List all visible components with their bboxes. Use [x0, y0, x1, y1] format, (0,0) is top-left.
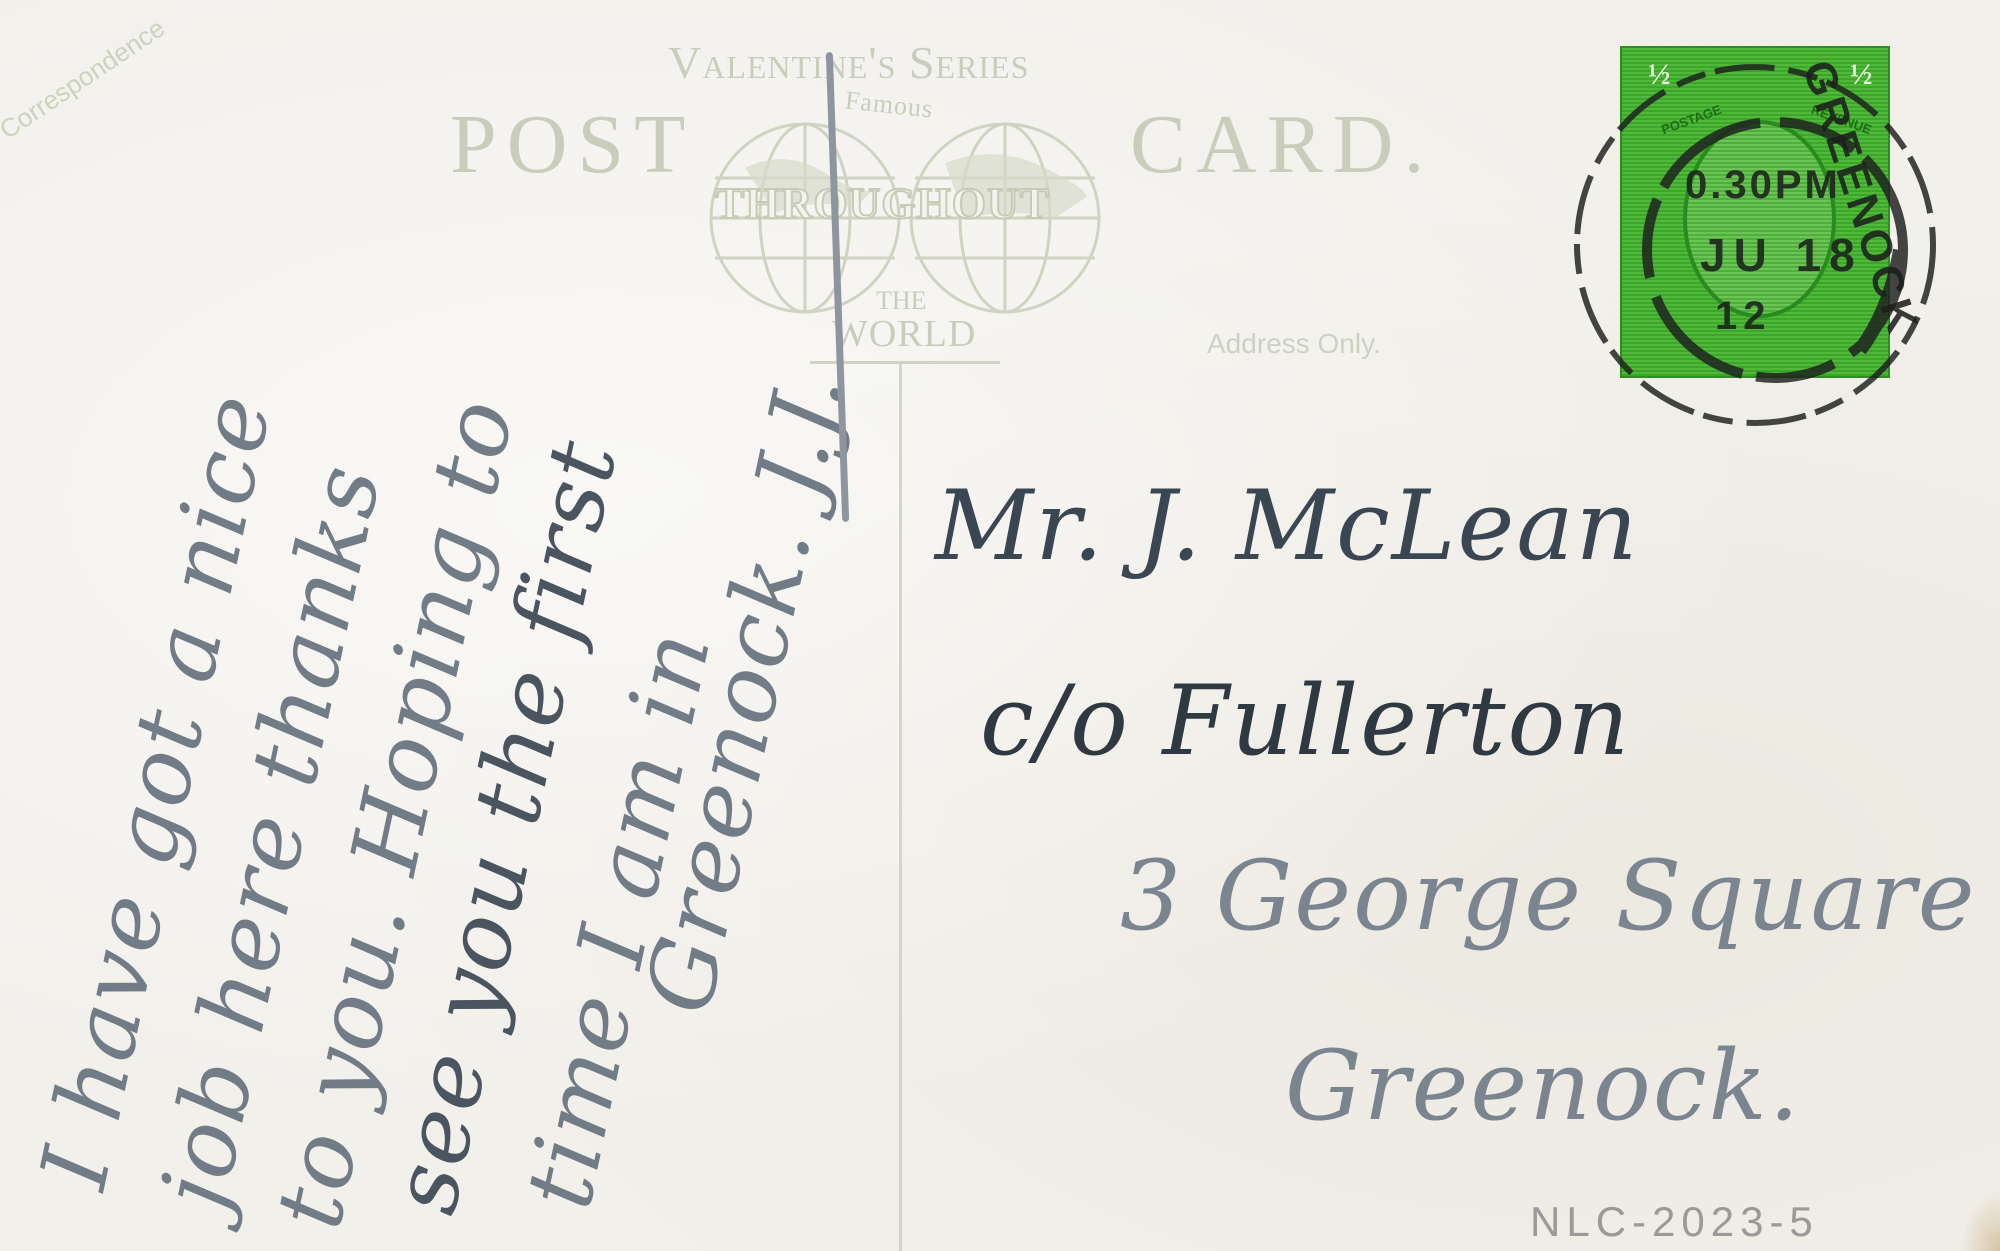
address-line-street: 3 George Square — [1120, 840, 1977, 952]
logo-world: WORLD — [832, 312, 976, 356]
publisher-title: Valentine's Series — [668, 36, 1029, 89]
address-line-care-of: c/o Fullerton — [980, 665, 1631, 777]
card-heading: CARD. — [1130, 96, 1434, 193]
postcard: Valentine's Series POST CARD. Famous THR… — [0, 0, 2000, 1251]
correspondence-label: Correspondence — [0, 13, 171, 146]
center-divider-line — [899, 361, 902, 1251]
postmark-time: 0.30PM — [1685, 163, 1841, 208]
catalog-number: NLC-2023-5 — [1530, 1198, 1819, 1246]
address-line-town: Greenock. — [1285, 1030, 1801, 1142]
paper-stain — [1960, 1191, 2000, 1251]
postmark-year: 12 — [1715, 294, 1772, 339]
logo-throughout: THROUGHOUT — [715, 178, 1050, 229]
postmark-date: JU 18 — [1700, 228, 1863, 282]
address-only-label: Address Only. — [1207, 328, 1381, 360]
address-line-name: Mr. J. McLean — [935, 470, 1639, 582]
post-heading: POST — [450, 96, 695, 193]
